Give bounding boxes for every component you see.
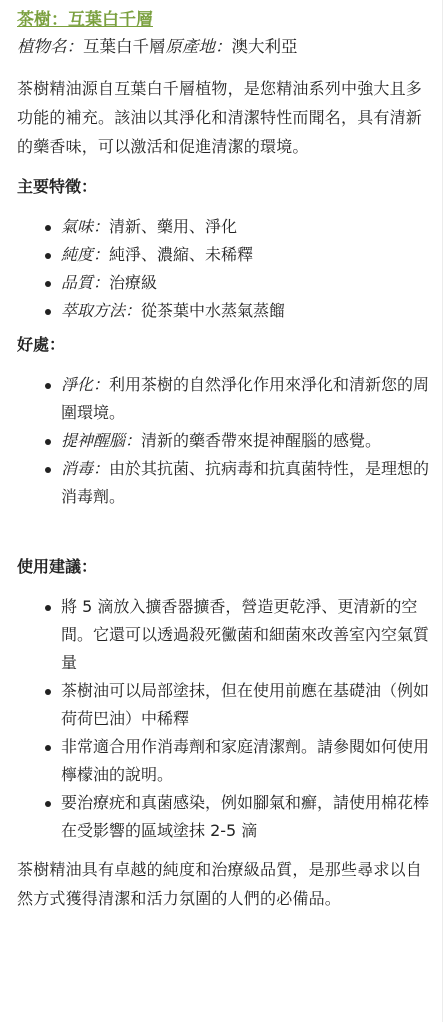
usage-item: 茶樹油可以局部塗抹，但在使用前應在基礎油（例如荷荷巴油）中稀釋 [61, 677, 430, 733]
benefit-text: 利用茶樹的自然淨化作用來淨化和清新您的周圍環境。 [61, 375, 429, 422]
usage-heading: 使用建議： [17, 555, 430, 579]
bullet-icon [45, 383, 51, 389]
bullet-icon [45, 253, 51, 259]
benefit-item: 提神醒腦：清新的藥香帶來提神醒腦的感覺。 [61, 427, 430, 455]
feature-label: 氣味： [61, 217, 109, 236]
features-heading: 主要特徵： [17, 175, 430, 199]
product-description: 茶樹：互葉白千層 植物名：互葉白千層原產地：澳大利亞 茶樹精油源自互葉白千層植物… [0, 0, 443, 1022]
origin-label: 原產地： [166, 37, 232, 56]
features-list: 氣味：清新、藥用、淨化 純度：純淨、濃縮、未稀釋 品質：治療級 萃取方法：從茶葉… [17, 213, 430, 325]
feature-item: 萃取方法：從茶葉中水蒸氣蒸餾 [61, 297, 430, 325]
bullet-icon [45, 225, 51, 231]
benefits-list: 淨化：利用茶樹的自然淨化作用來淨化和清新您的周圍環境。 提神醒腦：清新的藥香帶來… [17, 371, 430, 511]
feature-text: 清新、藥用、淨化 [109, 217, 237, 236]
benefit-label: 提神醒腦： [61, 431, 141, 450]
bullet-icon [45, 605, 51, 611]
bullet-icon [45, 309, 51, 315]
closing-paragraph: 茶樹精油具有卓越的純度和治療級品質，是那些尋求以自然方式獲得清潔和活力氛圍的人們… [17, 855, 430, 913]
usage-text: 將 5 滴放入擴香器擴香，營造更乾淨、更清新的空間。它還可以透過殺死黴菌和細菌來… [61, 597, 429, 672]
feature-label: 品質： [61, 273, 109, 292]
plant-meta: 植物名：互葉白千層原產地：澳大利亞 [17, 34, 430, 60]
benefit-text: 由於其抗菌、抗病毒和抗真菌特性，是理想的消毒劑。 [61, 459, 429, 506]
usage-text: 非常適合用作消毒劑和家庭清潔劑。請參閱如何使用檸檬油的說明。 [61, 737, 429, 784]
feature-text: 從茶葉中水蒸氣蒸餾 [141, 301, 285, 320]
usage-item: 非常適合用作消毒劑和家庭清潔劑。請參閱如何使用檸檬油的說明。 [61, 733, 430, 789]
feature-item: 純度：純淨、濃縮、未稀釋 [61, 241, 430, 269]
bullet-icon [45, 467, 51, 473]
feature-item: 品質：治療級 [61, 269, 430, 297]
origin-value: 澳大利亞 [232, 37, 298, 56]
bullet-icon [45, 801, 51, 807]
usage-list: 將 5 滴放入擴香器擴香，營造更乾淨、更清新的空間。它還可以透過殺死黴菌和細菌來… [17, 593, 430, 845]
bullet-icon [45, 439, 51, 445]
usage-text: 要治療疣和真菌感染，例如腳氣和癬，請使用棉花棒在受影響的區域塗抹 2-5 滴 [61, 793, 429, 840]
benefit-text: 清新的藥香帶來提神醒腦的感覺。 [141, 431, 381, 450]
feature-label: 萃取方法： [61, 301, 141, 320]
bullet-icon [45, 689, 51, 695]
benefit-item: 淨化：利用茶樹的自然淨化作用來淨化和清新您的周圍環境。 [61, 371, 430, 427]
feature-text: 純淨、濃縮、未稀釋 [109, 245, 253, 264]
intro-paragraph: 茶樹精油源自互葉白千層植物，是您精油系列中強大且多功能的補充。該油以其淨化和清潔… [17, 74, 430, 161]
bullet-icon [45, 281, 51, 287]
usage-text: 茶樹油可以局部塗抹，但在使用前應在基礎油（例如荷荷巴油）中稀釋 [61, 681, 429, 728]
benefit-item: 消毒：由於其抗菌、抗病毒和抗真菌特性，是理想的消毒劑。 [61, 455, 430, 511]
feature-item: 氣味：清新、藥用、淨化 [61, 213, 430, 241]
plant-name-value: 互葉白千層 [83, 37, 166, 56]
product-title-link[interactable]: 茶樹：互葉白千層 [17, 8, 153, 32]
feature-text: 治療級 [109, 273, 157, 292]
usage-item: 將 5 滴放入擴香器擴香，營造更乾淨、更清新的空間。它還可以透過殺死黴菌和細菌來… [61, 593, 430, 677]
benefit-label: 消毒： [61, 459, 109, 478]
bullet-icon [45, 745, 51, 751]
benefits-heading: 好處： [17, 333, 430, 357]
usage-item: 要治療疣和真菌感染，例如腳氣和癬，請使用棉花棒在受影響的區域塗抹 2-5 滴 [61, 789, 430, 845]
plant-name-label: 植物名： [17, 37, 83, 56]
benefit-label: 淨化： [61, 375, 109, 394]
feature-label: 純度： [61, 245, 109, 264]
